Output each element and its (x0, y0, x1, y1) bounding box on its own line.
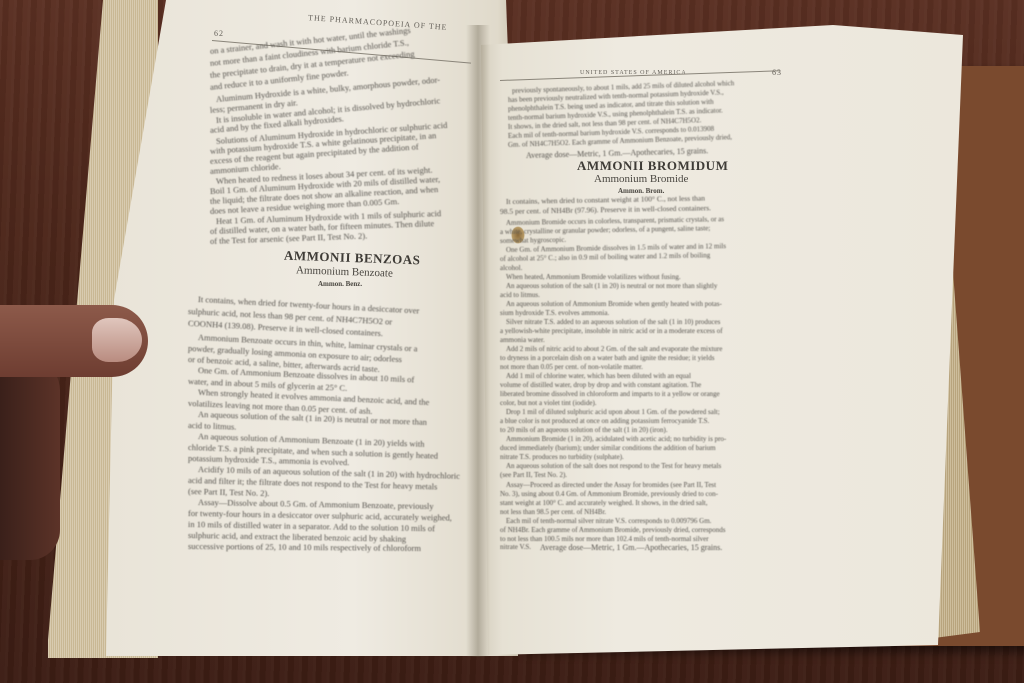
hand-palm (0, 360, 60, 560)
book-gutter (466, 25, 490, 657)
right-section-subtitle: Ammonium Bromide (594, 173, 688, 185)
thumbnail (92, 318, 142, 362)
right-average-dose: Average dose—Metric, 1 Gm.—Apothecaries,… (540, 542, 722, 553)
left-section-abbrev: Ammon. Benz. (318, 280, 362, 288)
right-section-title: AMMONII BROMIDUM (577, 158, 728, 174)
left-page-number: 62 (214, 29, 224, 38)
